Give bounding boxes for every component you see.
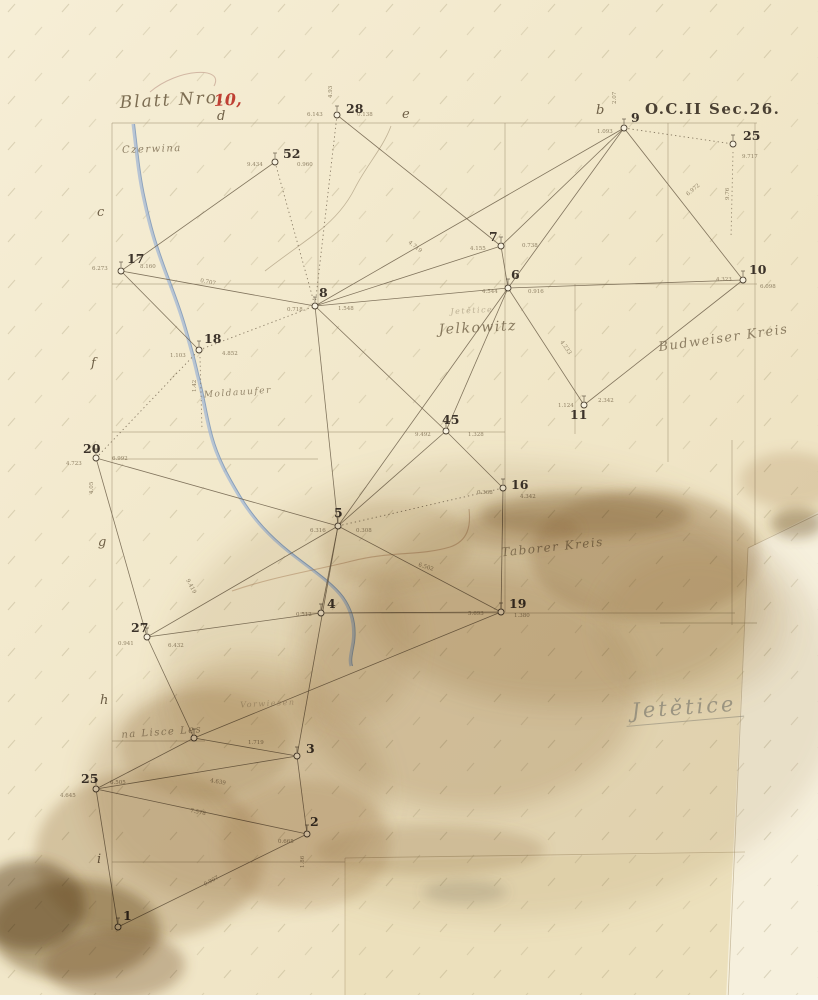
point-label: 27 <box>131 620 148 635</box>
measurement-label: 4.323 <box>716 277 732 283</box>
point-marker <box>505 285 511 291</box>
point-label: 20 <box>83 441 101 456</box>
point-label: 45 <box>442 412 459 427</box>
measurement-label: 1.42 <box>192 380 198 392</box>
point-marker <box>498 243 504 249</box>
point-label: 6 <box>511 267 520 282</box>
point-label: 18 <box>204 331 222 346</box>
point-marker <box>196 347 202 353</box>
point-label: 52 <box>283 146 300 161</box>
point-label: 8 <box>319 285 328 300</box>
stain <box>315 825 545 875</box>
measurement-label: 2.342 <box>598 398 614 404</box>
point-marker <box>118 268 124 274</box>
measurement-label: 9.717 <box>742 154 758 160</box>
stain <box>460 512 580 548</box>
measurement-label: 9.434 <box>247 162 263 168</box>
stain <box>180 650 320 750</box>
measurement-label: 0.916 <box>528 289 544 295</box>
sheet-number-value: 10, <box>213 90 242 110</box>
border-letter-c: c <box>97 205 105 220</box>
measurement-label: 9.492 <box>415 432 431 438</box>
point-marker <box>740 277 746 283</box>
measurement-label: 9.76 <box>725 187 731 200</box>
measurement-label: 6.273 <box>92 266 108 272</box>
measurement-label: 0.718 <box>287 307 303 313</box>
measurement-label: 4.93 <box>328 85 334 98</box>
stain <box>423 880 507 904</box>
measurement-label: 1.328 <box>468 432 484 438</box>
measurement-label: 2.07 <box>612 91 618 104</box>
measurement-label: 6.992 <box>112 456 128 462</box>
point-label: 10 <box>749 262 767 277</box>
measurement-label: 1.093 <box>597 129 613 135</box>
border-letter-g: g <box>98 535 106 550</box>
point-marker <box>312 303 318 309</box>
measurement-label: 0.138 <box>357 112 373 118</box>
point-label: 7 <box>489 229 498 244</box>
measurement-label: 8.160 <box>140 264 156 270</box>
point-label: 9 <box>631 110 640 125</box>
point-marker <box>334 112 340 118</box>
point-marker <box>730 141 736 147</box>
border-letter-d: d <box>217 109 225 124</box>
measurement-label: 4.852 <box>222 351 238 357</box>
section-title: O.C.II Sec.26. <box>645 100 780 118</box>
measurement-label: 1.548 <box>338 306 354 312</box>
measurement-label: 4.05 <box>89 481 95 494</box>
place-name: Czerwina <box>122 143 182 156</box>
measurement-label: 0.738 <box>522 243 538 249</box>
border-letter-e: e <box>402 107 410 122</box>
border-letter-h: h <box>100 693 108 708</box>
measurement-label: 4.723 <box>66 461 82 467</box>
measurement-label: 1.124 <box>558 403 574 409</box>
measurement-label: 1.103 <box>170 353 186 359</box>
stain <box>45 930 185 1000</box>
point-marker <box>443 428 449 434</box>
photo-edge <box>0 995 818 1000</box>
point-label: 11 <box>570 407 587 422</box>
measurement-label: 4.155 <box>470 246 486 252</box>
map-scan-svg: 28925521776810184511162054192732521 debc… <box>0 0 818 1000</box>
measurement-label: 4.544 <box>482 289 498 295</box>
point-marker <box>272 159 278 165</box>
measurement-label: 0.941 <box>118 641 134 647</box>
measurement-label: 6.143 <box>307 112 323 118</box>
stain <box>600 550 790 700</box>
measurement-label: 0.960 <box>297 162 313 168</box>
measurement-label: 6.098 <box>760 284 776 290</box>
border-letter-b: b <box>596 103 604 118</box>
point-label: 25 <box>743 128 760 143</box>
point-marker <box>621 125 627 131</box>
scanned-map-sheet: 28925521776810184511162054192732521 debc… <box>0 0 818 1000</box>
